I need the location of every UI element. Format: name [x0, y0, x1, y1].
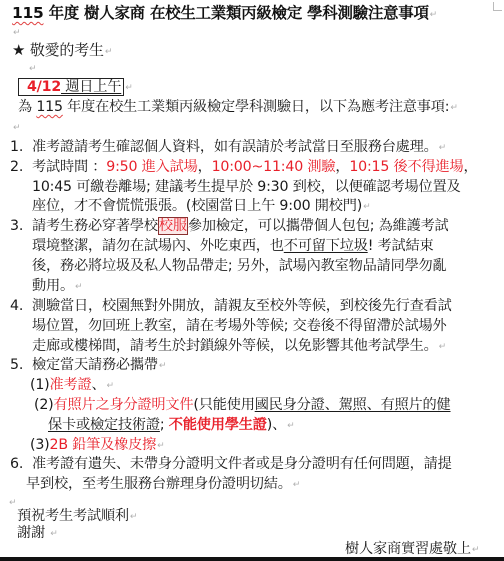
item-text: 請考生務必穿著學校	[32, 218, 158, 234]
closing-thanks: 謝謝 ↵	[17, 523, 58, 544]
item-text: 動用。	[32, 278, 74, 294]
accepted-ids: 國民身分證、駕照、有照片的健	[255, 397, 451, 413]
paragraph-mark-icon: ↵	[287, 421, 294, 431]
paragraph-mark-icon: ↵	[125, 83, 132, 93]
bring-item-1: (1)准考證、↵	[30, 375, 114, 396]
notice-item-2-line-3: 座位，才不會慌慌張張。(校園當日上午 9:00 開校門)↵	[32, 196, 370, 217]
bottom-border	[0, 557, 504, 561]
paragraph-mark-icon: ↵	[75, 282, 82, 292]
exam-date-box: 4/12 週日上午	[18, 78, 124, 96]
separator: ，	[198, 159, 212, 175]
item-text: 場位置，勿回班上教室，請在考場外等候; 交卷後不得留滯於試場外	[32, 318, 447, 334]
item-text: 檢定當天請務必攜帶	[32, 357, 158, 373]
item-number: 1.	[10, 137, 32, 157]
item-text: 10:45 可繳卷離場; 建議考生提早於 9:30 到校，以便確認考場位置及	[32, 179, 460, 195]
subitem-number: (3)	[30, 437, 50, 453]
notice-item-4-line-3: 走廊或樓梯間，請考生於封鎖線外等候，以免影響其他考試學生。↵	[32, 336, 446, 357]
signature-text: 樹人家商實習處敬上	[345, 541, 471, 557]
empty-paragraph: ↵	[8, 492, 16, 513]
intro-year: 115	[36, 99, 62, 115]
item-text: (只能使用	[193, 397, 254, 413]
item-number: 3.	[10, 216, 32, 236]
paragraph-mark-icon: ↵	[430, 10, 437, 20]
separator: 、	[272, 417, 286, 433]
greeting-text: ★ 敬愛的考生	[12, 41, 104, 59]
separator: ;	[160, 417, 169, 433]
notice-item-2: 2.考試時間 ：9:50 進入試場，10:00~11:40 測驗，10:15 後…	[10, 157, 477, 177]
uniform-highlight: 校服	[158, 217, 188, 235]
notice-item-4: 4.測驗當日，校園無對外開放，請親友至校外等候，到校後先行查看試	[10, 296, 452, 316]
photo-id-document: 有照片之身分證明文件	[54, 397, 194, 413]
paragraph-mark-icon: ↵	[106, 381, 113, 391]
item-text: 參加檢定，可以攜帶個人包包; 為維護考試	[188, 218, 449, 234]
item-text: 座位，才不會慌慌張張。(校園當日上午 9:00 開校門)	[32, 198, 362, 214]
paragraph-mark-icon: ↵	[9, 498, 16, 508]
paragraph-mark-icon: ↵	[13, 28, 20, 38]
page-corner-mark	[493, 2, 502, 11]
accepted-ids: 保卡或檢定技術證	[48, 417, 160, 433]
empty-paragraph: ↵	[28, 58, 36, 79]
paragraph-mark-icon: ↵	[450, 103, 457, 113]
student-id-warning: 不能使用學生證	[169, 417, 267, 433]
test-time: 10:00~11:40 測驗	[212, 159, 336, 175]
paragraph-mark-icon: ↵	[472, 545, 479, 555]
notice-item-3-line-3: 後，務必將垃圾及私人物品帶走; 另外，試場內教室物品請同學勿亂	[32, 256, 447, 276]
notice-item-3-line-4: 動用。↵	[32, 276, 82, 297]
paragraph-mark-icon: ↵	[13, 123, 20, 133]
pencil-eraser: 2B 鉛筆及橡皮擦	[50, 437, 157, 453]
item-text: 早到校，至考生服務台辦理身份證明切結。	[26, 476, 292, 492]
paragraph-mark-icon: ↵	[363, 202, 370, 212]
admission-ticket: 准考證	[50, 377, 92, 393]
exam-time-label: 考試時間 ：	[32, 159, 106, 175]
subitem-number: (2)	[34, 397, 54, 413]
notice-item-3: 3.請考生務必穿著學校校服參加檢定，可以攜帶個人包包; 為維護考試	[10, 216, 449, 236]
item-number: 4.	[10, 296, 32, 316]
paragraph-mark-icon: ↵	[29, 64, 36, 74]
notice-item-6: 6.准考證有遺失、未帶身分證明文件者或是身分證明有任何問題，請提	[10, 454, 452, 474]
paragraph-mark-icon: ↵	[439, 342, 446, 352]
subitem-number: (1)	[30, 377, 50, 393]
notice-item-2-line-2: 10:45 可繳卷離場; 建議考生提早於 9:30 到校，以便確認考場位置及	[32, 177, 460, 197]
separator: ，	[463, 159, 477, 175]
paragraph-mark-icon: ↵	[50, 529, 57, 539]
empty-paragraph: ↵	[12, 117, 20, 138]
notice-item-3-line-2: 環境整潔，請勿在試場內、外吃東西，也不可留下垃圾! 考試結束	[32, 236, 433, 256]
notice-item-4-line-2: 場位置，勿回班上教室，請在考場外等候; 交卷後不得留滯於試場外	[32, 316, 447, 336]
paragraph-mark-icon: ↵	[130, 512, 137, 522]
item-number: 5.	[10, 355, 32, 375]
separator: ，	[335, 159, 349, 175]
item-text: 環境整潔，請勿在試場內、外吃東西，也	[32, 238, 284, 254]
item-number: 2.	[10, 157, 32, 177]
document-page: 115 年度 樹人家商 在校生工業類丙級檢定 學科測驗注意事項↵ ↵ ★ 敬愛的…	[0, 0, 504, 561]
title-year: 115	[12, 4, 43, 22]
item-number: 6.	[10, 454, 32, 474]
item-text: 後，務必將垃圾及私人物品帶走; 另外，試場內教室物品請同學勿亂	[32, 258, 447, 274]
thanks-text: 謝謝	[17, 525, 45, 541]
entry-time: 9:50 進入試場	[106, 159, 197, 175]
notice-item-1: 1.准考證請考生確認個人資料，如有誤請於考試當日至服務台處理。↵	[10, 137, 446, 158]
no-entry-time: 10:15 後不得進場	[349, 159, 463, 175]
notice-item-5: 5.檢定當天請務必攜帶↵	[10, 355, 166, 376]
intro-prefix: 為	[18, 99, 36, 115]
intro-line: 為 115 年度在校生工業類丙級檢定學科測驗日，以下為應考注意事項:↵	[18, 97, 458, 118]
bring-item-2: (2)有照片之身分證明文件(只能使用國民身分證、駕照、有照片的健	[34, 395, 451, 415]
document-title: 115 年度 樹人家商 在校生工業類丙級檢定 學科測驗注意事項↵	[12, 3, 437, 25]
paragraph-mark-icon: ↵	[293, 480, 300, 490]
item-text: ! 考試結束	[368, 238, 434, 254]
paragraph-mark-icon: ↵	[439, 143, 446, 153]
exam-session: 週日上午	[61, 79, 121, 95]
notice-item-6-line-2: 早到校，至考生服務台辦理身份證明切結。↵	[26, 474, 300, 495]
paragraph-mark-icon: ↵	[157, 441, 164, 451]
paragraph-mark-icon: ↵	[159, 361, 166, 371]
wish-text: 預祝考生考試順利	[17, 508, 129, 524]
item-text: 准考證請考生確認個人資料，如有誤請於考試當日至服務台處理。	[32, 139, 438, 155]
paragraph-mark-icon: ↵	[105, 47, 112, 57]
separator: 、	[91, 377, 105, 393]
title-text: 年度 樹人家商 在校生工業類丙級檢定 學科測驗注意事項	[43, 4, 428, 22]
bring-item-2-line-2: 保卡或檢定技術證; 不能使用學生證)、↵	[48, 415, 294, 436]
item-text: 測驗當日，校園無對外開放，請親友至校外等候，到校後先行查看試	[32, 298, 452, 314]
bring-item-3: (3)2B 鉛筆及橡皮擦↵	[30, 435, 164, 456]
item-text: 走廊或樓梯間，請考生於封鎖線外等候，以免影響其他考試學生。	[32, 338, 438, 354]
exam-date-line: 4/12 週日上午↵	[18, 77, 133, 98]
no-litter-emphasis: 不可留下垃圾	[284, 238, 368, 254]
intro-text: 年度在校生工業類丙級檢定學科測驗日，以下為應考注意事項:	[63, 99, 450, 115]
exam-date: 4/12	[27, 79, 61, 95]
item-text: 准考證有遺失、未帶身分證明文件者或是身分證明有任何問題，請提	[32, 456, 452, 472]
